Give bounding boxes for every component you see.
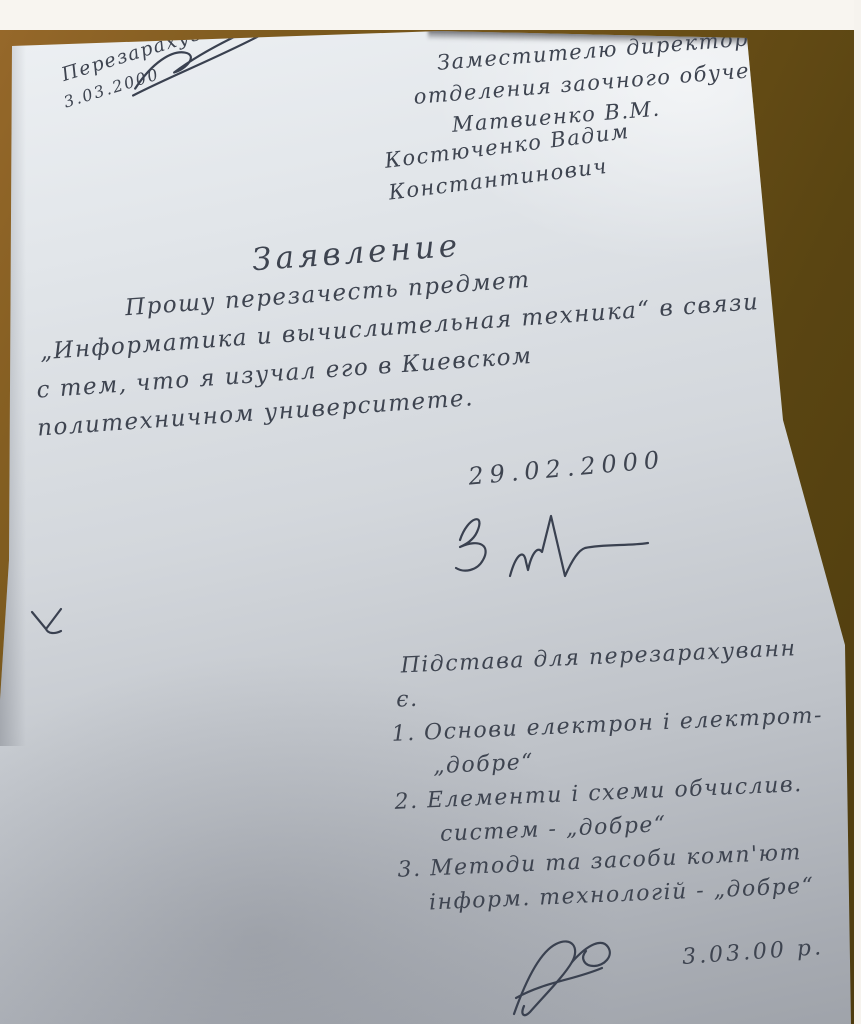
photo-of-handwritten-application: Перезарахувати 3.03.2000 —· Заместителю … <box>0 0 861 1024</box>
basis-block: Підстава для перезарахуванн є. 1. Основи… <box>388 631 831 922</box>
pen-checkmark <box>28 606 68 641</box>
approver-signature <box>496 918 636 1023</box>
request-date: 29.02.2000 <box>467 441 667 494</box>
photo-border-right <box>854 0 861 1024</box>
application-paper-sheet: Перезарахувати 3.03.2000 —· Заместителю … <box>0 0 861 1024</box>
request-body: Прошу перезачесть предмет „Информатика и… <box>28 245 766 447</box>
applicant-signature <box>432 488 672 603</box>
photo-border-top <box>0 0 861 30</box>
approval-date-bottom: 3.03.00 р. <box>681 931 825 974</box>
